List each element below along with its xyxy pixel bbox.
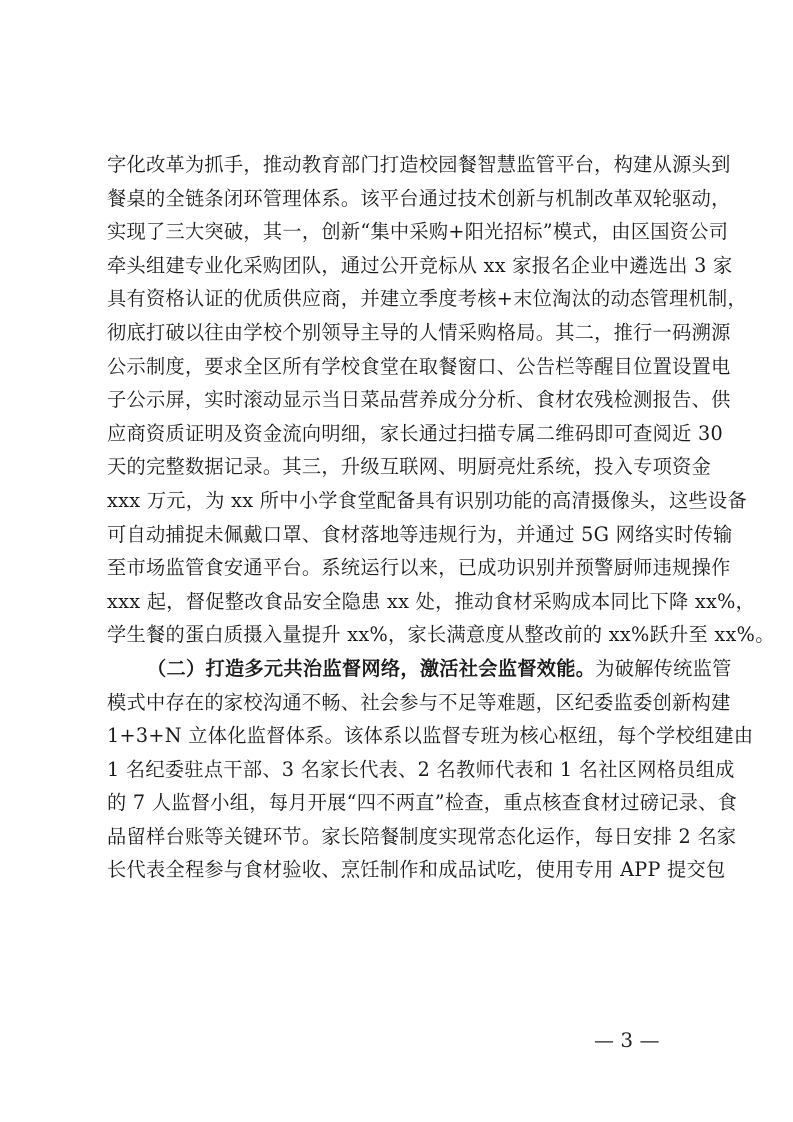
document-page: 字化改革为抓手，推动教育部门打造校园餐智慧监管平台，构建从源头到 餐桌的全链条闭… bbox=[0, 0, 793, 1122]
text-line: （二）打造多元共治监督网络，激活社会监督效能。为破解传统监管 bbox=[107, 652, 695, 686]
text-line: xxx 万元，为 xx 所中小学食堂配备具有识别功能的高清摄像头，这些设备 bbox=[107, 484, 695, 518]
text-line: 长代表全程参与食材验收、烹饪制作和成品试吃，使用专用 APP 提交包 bbox=[107, 853, 695, 887]
text-line: 具有资格认证的优质供应商，并建立季度考核+末位淘汰的动态管理机制， bbox=[107, 282, 695, 316]
text-line: 的 7 人监督小组，每月开展“四不两直”检查，重点核查食材过磅记录、食 bbox=[107, 786, 695, 820]
section-heading: （二）打造多元共治监督网络，激活社会监督效能。 bbox=[147, 657, 595, 680]
text-line: 至市场监管食安通平台。系统运行以来，已成功识别并预警厨师违规操作 bbox=[107, 551, 695, 585]
text-line: 应商资质证明及资金流向明细，家长通过扫描专属二维码即可查阅近 30 bbox=[107, 417, 695, 451]
text-line: 1+3+N 立体化监督体系。该体系以监督专班为核心枢纽，每个学校组建由 bbox=[107, 719, 695, 753]
paragraph-digital-platform: 字化改革为抓手，推动教育部门打造校园餐智慧监管平台，构建从源头到 餐桌的全链条闭… bbox=[107, 148, 695, 652]
text-line: 模式中存在的家校沟通不畅、社会参与不足等难题，区纪委监委创新构建 bbox=[107, 686, 695, 720]
text-line: 学生餐的蛋白质摄入量提升 xx%，家长满意度从整改前的 xx%跃升至 xx%。 bbox=[107, 618, 695, 652]
text-line: 字化改革为抓手，推动教育部门打造校园餐智慧监管平台，构建从源头到 bbox=[107, 148, 695, 182]
page-number: — 3 — bbox=[594, 1028, 659, 1052]
text-line: 彻底打破以往由学校个别领导主导的人情采购格局。其二，推行一码溯源 bbox=[107, 316, 695, 350]
text-line: 公示制度，要求全区所有学校食堂在取餐窗口、公告栏等醒目位置设置电 bbox=[107, 350, 695, 384]
text-line: 餐桌的全链条闭环管理体系。该平台通过技术创新与机制改革双轮驱动， bbox=[107, 182, 695, 216]
text-line: 可自动捕捉未佩戴口罩、食材落地等违规行为，并通过 5G 网络实时传输 bbox=[107, 518, 695, 552]
text-line: xxx 起，督促整改食品安全隐患 xx 处，推动食材采购成本同比下降 xx%， bbox=[107, 585, 695, 619]
text-line: 子公示屏，实时滚动显示当日菜品营养成分分析、食材农残检测报告、供 bbox=[107, 383, 695, 417]
body-text: 字化改革为抓手，推动教育部门打造校园餐智慧监管平台，构建从源头到 餐桌的全链条闭… bbox=[107, 148, 695, 887]
paragraph-supervision-network: （二）打造多元共治监督网络，激活社会监督效能。为破解传统监管 模式中存在的家校沟… bbox=[107, 652, 695, 887]
text-segment: 为破解传统监管 bbox=[595, 657, 731, 680]
text-line: 牵头组建专业化采购团队，通过公开竞标从 xx 家报名企业中遴选出 3 家 bbox=[107, 249, 695, 283]
text-line: 天的完整数据记录。其三，升级互联网、明厨亮灶系统，投入专项资金 bbox=[107, 450, 695, 484]
text-line: 1 名纪委驻点干部、3 名家长代表、2 名教师代表和 1 名社区网格员组成 bbox=[107, 753, 695, 787]
text-line: 品留样台账等关键环节。家长陪餐制度实现常态化运作，每日安排 2 名家 bbox=[107, 820, 695, 854]
text-line: 实现了三大突破，其一，创新“集中采购+阳光招标”模式，由区国资公司 bbox=[107, 215, 695, 249]
